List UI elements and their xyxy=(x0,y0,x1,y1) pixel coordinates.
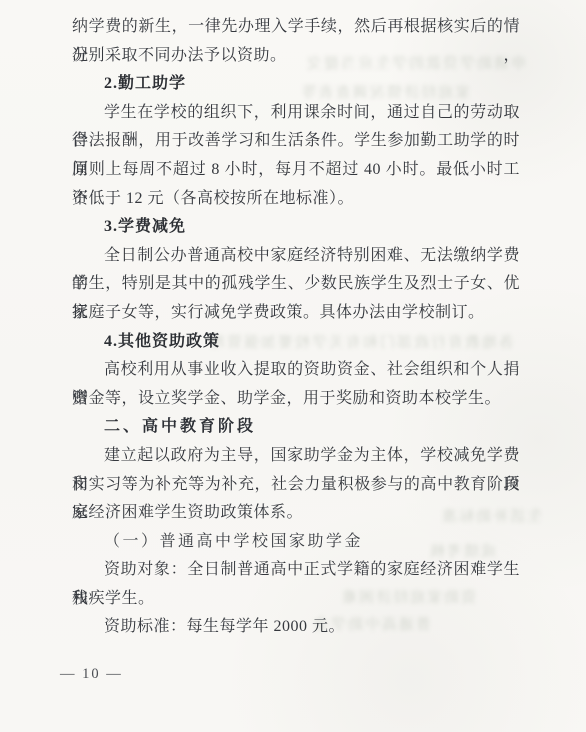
text-line: 资金等，设立奖学金、助学金，用于奖励和资助本校学生。 xyxy=(72,385,520,414)
num-heading: 2.勤工助学 xyxy=(72,70,520,99)
sub-heading: （一）普通高中学校国家助学金 xyxy=(72,528,520,557)
text-line: 岗实习等为补充等为补充，社会力量积极参与的高中教育阶段家 xyxy=(72,471,520,500)
num-heading: 3.学费减免 xyxy=(72,213,520,242)
text-line: 纳学费的新生，一律先办理入学手续，然后再根据核实后的情况， xyxy=(72,13,520,42)
text-line: 高校利用从事业收入提取的资助资金、社会组织和个人捐赠 xyxy=(72,356,520,385)
text-line: 资助标准：每生每学年 2000 元。 xyxy=(72,613,520,642)
text-line: 资助对象：全日制普通高中正式学籍的家庭经济困难学生和 xyxy=(72,556,520,585)
scanned-document-page: 申请助学贷款的学生应当提交家庭经济情况调查表等各地教育行政部门和有关学校要加强管… xyxy=(0,0,586,732)
text-line: 庭经济困难学生资助政策体系。 xyxy=(72,499,520,528)
text-line: 学生在学校的组织下，利用课余时间，通过自己的劳动取得 xyxy=(72,99,520,128)
text-line: 学生，特别是其中的孤残学生、少数民族学生及烈士子女、优抚 xyxy=(72,270,520,299)
page-number: — 10 — xyxy=(60,666,123,683)
text-line: 合法报酬，用于改善学习和生活条件。学生参加勤工助学的时间 xyxy=(72,127,520,156)
section-heading: 二、高中教育阶段 xyxy=(72,413,520,442)
text-line: 原则上每周不超过 8 小时，每月不超过 40 小时。最低小时工资 xyxy=(72,156,520,185)
text-line: 残疾学生。 xyxy=(72,585,520,614)
text-line: 全日制公办普通高校中家庭经济特别困难、无法缴纳学费的 xyxy=(72,242,520,271)
document-text-block: 纳学费的新生，一律先办理入学手续，然后再根据核实后的情况，分别采取不同办法予以资… xyxy=(72,13,520,642)
text-line: 不低于 12 元（各高校按所在地标准）。 xyxy=(72,185,520,214)
num-heading: 4.其他资助政策 xyxy=(72,328,520,357)
text-line: 建立起以政府为主导，国家助学金为主体，学校减免学费和顶 xyxy=(72,442,520,471)
text-line: 家庭子女等，实行减免学费政策。具体办法由学校制订。 xyxy=(72,299,520,328)
